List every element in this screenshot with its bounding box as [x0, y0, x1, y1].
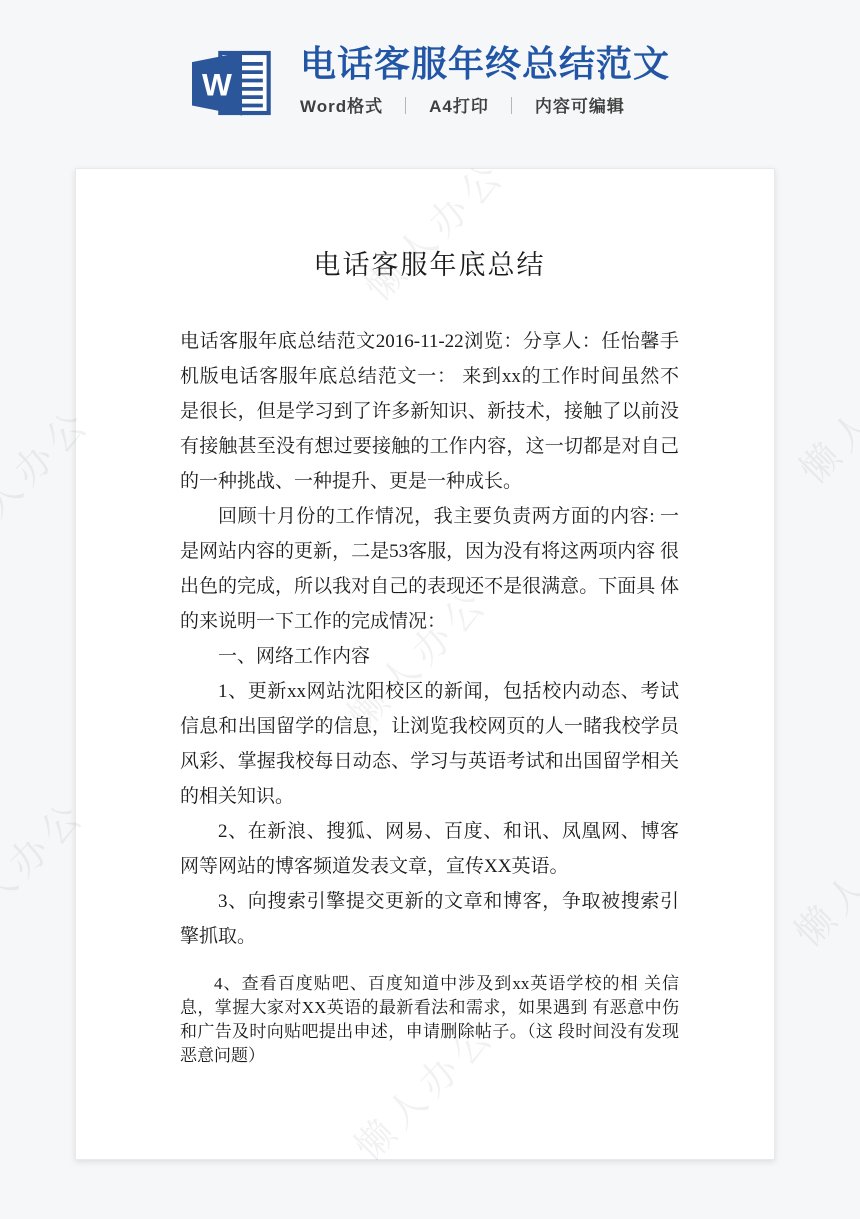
watermark-text: 懒人办公 — [785, 327, 860, 493]
word-icon-letter: W — [202, 67, 232, 103]
paragraph: 4、查看百度贴吧、百度知道中涉及到xx英语学校的相 关信息，掌握大家对XX英语的… — [180, 972, 679, 1068]
page-background: W 电话客服年终总结范文 Word格式｜A4打印｜内容可编辑 电话客服年底总结 … — [0, 0, 860, 1219]
meta-separator: ｜ — [503, 97, 521, 116]
paragraph: 2、在新浪、搜狐、网易、百度、和讯、凤凰网、博客 网等网站的博客频道发表文章，宣… — [180, 814, 679, 884]
paragraph: 电话客服年底总结范文2016-11-22浏览：分享人：任怡馨手 机版电话客服年底… — [180, 324, 679, 499]
word-icon: W — [190, 48, 274, 118]
document-title: 电话客服年底总结 — [180, 243, 679, 282]
meta-print-label: A4打印 — [429, 97, 489, 116]
header-text-block: 电话客服年终总结范文 Word格式｜A4打印｜内容可编辑 — [300, 42, 670, 117]
meta-format-label: Word格式 — [300, 97, 383, 116]
header: W 电话客服年终总结范文 Word格式｜A4打印｜内容可编辑 — [0, 42, 860, 118]
meta-editable-label: 内容可编辑 — [535, 97, 625, 116]
paragraph: 3、向搜索引擎提交更新的文章和博客，争取被搜索引 擎抓取。 — [180, 884, 679, 954]
meta-separator: ｜ — [397, 97, 415, 116]
document-body: 电话客服年底总结范文2016-11-22浏览：分享人：任怡馨手 机版电话客服年底… — [180, 324, 679, 1068]
page-title: 电话客服年终总结范文 — [300, 42, 670, 86]
watermark-text: 懒人办公 — [780, 790, 860, 956]
document-page: 电话客服年底总结 电话客服年底总结范文2016-11-22浏览：分享人：任怡馨手… — [75, 168, 775, 1160]
paragraph: 1、更新xx网站沈阳校区的新闻，包括校内动态、考试 信息和出国留学的信息，让浏览… — [180, 674, 679, 814]
doc-meta-line: Word格式｜A4打印｜内容可编辑 — [300, 92, 670, 117]
word-icon-svg: W — [190, 48, 274, 118]
section-heading: 一、网络工作内容 — [180, 639, 679, 674]
paragraph: 回顾十月份的工作情况，我主要负责两方面的内容: 一 是网站内容的更新，二是53客… — [180, 499, 679, 639]
